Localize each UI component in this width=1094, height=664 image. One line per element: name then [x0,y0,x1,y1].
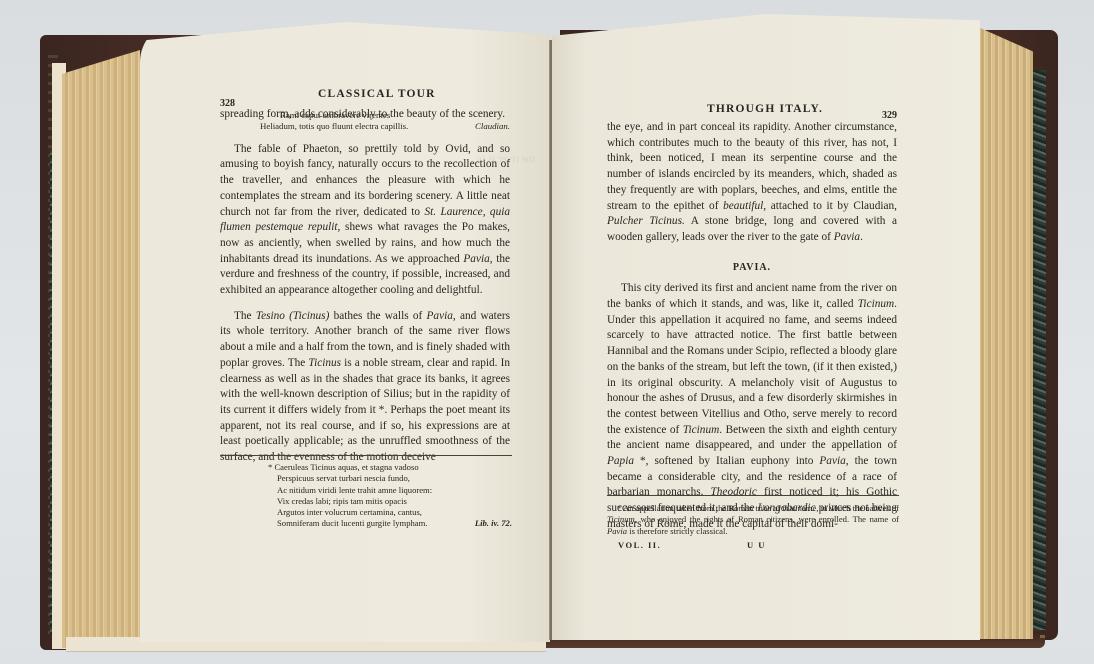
left-page[interactable]: the river is in 328 CLASSICAL TOUR sprea… [140,22,550,642]
italic-text: Papia [607,455,634,467]
footnote-verse-text: Somniferam ducit lucenti gurgite lympham… [277,518,427,528]
italic-text: Pavia [427,310,453,322]
page-block-right-edge [978,27,1033,639]
right-page[interactable]: THROUGH ITALY. 329 the eye, and in part … [552,14,980,640]
text-run: is a noble stream, clear and rapid. In c… [220,357,510,463]
paragraph: the eye, and in part conceal its rapidit… [607,120,897,246]
text-run: . Under this appellation it acquired no … [607,298,897,436]
left-page-text: spreading form, adds considerably to the… [220,107,510,466]
text-run: *, softened by Italian euphony into [634,455,819,467]
page-block-left-edge [62,50,140,648]
footnote-verse-line: * Caeruleas Ticinus aquas, et stagna vad… [268,462,512,473]
text-run: , attached to it by Claudian, [763,200,897,212]
left-footnote: * Caeruleas Ticinus aquas, et stagna vad… [268,462,512,530]
paragraph: The Tesino (Ticinus) bathes the walls of… [220,309,510,466]
marbled-endpaper-right [1032,70,1046,630]
paragraph: The fable of Phaeton, so prettily told b… [220,142,510,299]
footnote-rule [220,455,512,456]
text-run: * An appellation taken from the Roman tr… [617,503,899,513]
italic-text: Ticinum [858,298,894,310]
footnote-verse-line: Argutos inter volucrum certamina, cantus… [268,507,512,518]
footnote-verse-line: Somniferam ducit lucenti gurgite lympham… [268,518,512,529]
text-run: This city derived its first and ancient … [607,282,897,310]
italic-text: Pavia [834,231,860,243]
text-run: , who enjoyed the rights of Roman citize… [635,514,899,524]
italic-text: Tesino (Ticinus) [256,310,330,322]
running-head: THROUGH ITALY. [707,103,823,115]
italic-text: Pavia [819,455,845,467]
section-heading: PAVIA. [607,260,897,276]
footnote-verse-line: Ac nitidum viridi lente trahit amne liqu… [268,485,512,496]
italic-text: Ticinum [607,514,635,524]
text-run: bathes the walls of [329,310,426,322]
footnote-verse-text: Caeruleas Ticinus aquas, et stagna vados… [274,462,418,472]
epigraph-line-text: Heliadum, totis quo fluunt electra capil… [260,121,408,131]
footnote-citation: Lib. iv. 72. [475,518,512,529]
text-run: the eye, and in part conceal its rapidit… [607,121,897,212]
text-run: is therefore strictly classical. [627,526,727,536]
footnote-verse-line: Vix credas labi; ripis tam mitis opacis [268,496,512,507]
italic-text: Ticinus [308,357,341,369]
italic-text: Pulcher Ticinus. [607,215,685,227]
italic-text: Pavia [463,253,489,265]
italic-text: Pavia [607,526,627,536]
right-page-text: the eye, and in part conceal its rapidit… [607,120,897,533]
text-run: The [234,310,256,322]
gathering-signature: U U [747,540,766,550]
footnote-marker: * [268,462,272,472]
right-footnote: * An appellation taken from the Roman tr… [607,503,899,537]
footnote-rule [607,495,899,496]
italic-text: Theodoric [711,486,757,498]
italic-text: beautiful [723,200,763,212]
volume-signature: VOL. II. [618,540,661,550]
footnote-verse-line: Perspicuus servat turbari nescia fundo, [268,473,512,484]
text-run: . [860,231,863,243]
running-head: CLASSICAL TOUR [318,88,436,100]
italic-text: Ticinum [683,424,719,436]
